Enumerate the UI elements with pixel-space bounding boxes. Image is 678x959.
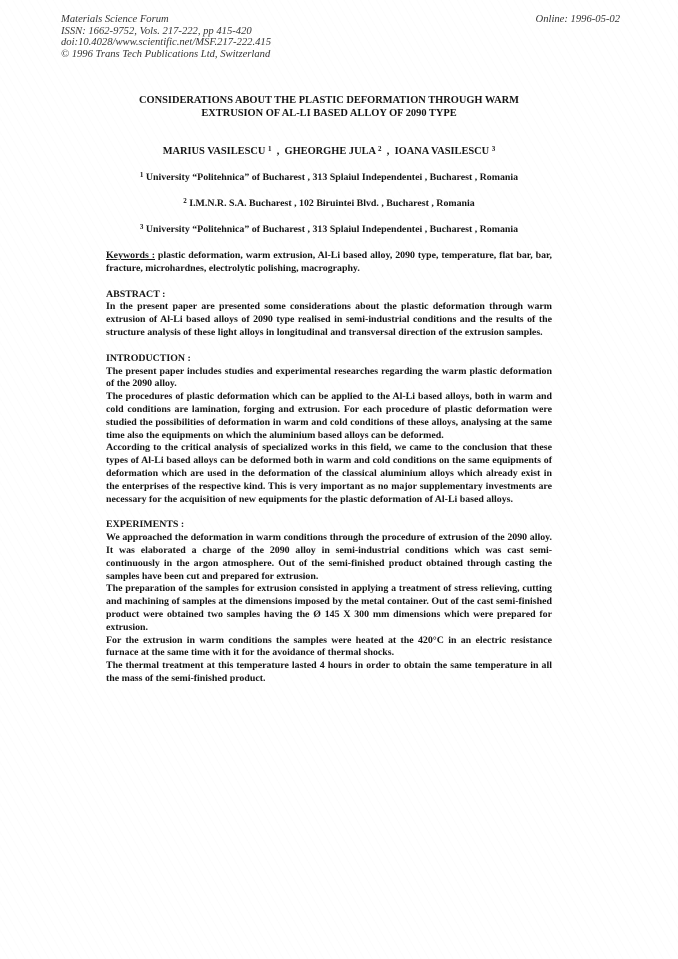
copyright-line: © 1996 Trans Tech Publications Ltd, Swit… bbox=[61, 49, 271, 61]
experiments-paragraph: The thermal treatment at this temperatur… bbox=[106, 660, 552, 686]
title-line-1: CONSIDERATIONS ABOUT THE PLASTIC DEFORMA… bbox=[106, 94, 552, 107]
experiments-paragraph: The preparation of the samples for extru… bbox=[106, 583, 552, 634]
abstract-section: ABSTRACT : In the present paper are pres… bbox=[106, 289, 552, 340]
affiliation-mark: 3 bbox=[140, 223, 144, 231]
author-affiliation-mark: 2 bbox=[378, 145, 382, 153]
experiments-heading: EXPERIMENTS : bbox=[106, 519, 552, 532]
introduction-paragraph: According to the critical analysis of sp… bbox=[106, 442, 552, 506]
author-separator: , bbox=[384, 146, 392, 157]
author-affiliation-mark: 3 bbox=[492, 145, 496, 153]
affiliation-text: University “Politehnica” of Bucharest , … bbox=[146, 224, 518, 235]
introduction-section: INTRODUCTION : The present paper include… bbox=[106, 353, 552, 507]
author-name: GHEORGHE JULA bbox=[285, 146, 376, 157]
keywords-text: plastic deformation, warm extrusion, Al-… bbox=[106, 250, 552, 274]
author-name: MARIUS VASILESCU bbox=[163, 146, 266, 157]
introduction-paragraph: The present paper includes studies and e… bbox=[106, 366, 552, 392]
author-affiliation-mark: 1 bbox=[268, 145, 272, 153]
online-date: Online: 1996-05-02 bbox=[536, 14, 620, 26]
title-line-2: EXTRUSION OF AL-LI BASED ALLOY OF 2090 T… bbox=[106, 107, 552, 120]
introduction-paragraph: The procedures of plastic deformation wh… bbox=[106, 391, 552, 442]
journal-name: Materials Science Forum bbox=[61, 14, 271, 26]
experiments-section: EXPERIMENTS : We approached the deformat… bbox=[106, 519, 552, 685]
affiliation-text: University “Politehnica” of Bucharest , … bbox=[146, 172, 518, 183]
abstract-heading: ABSTRACT : bbox=[106, 289, 552, 302]
affiliation-mark: 1 bbox=[140, 171, 144, 179]
affiliation-2: 2 I.M.N.R. S.A. Bucharest , 102 Biruinte… bbox=[106, 197, 552, 210]
affiliation-1: 1 University “Politehnica” of Bucharest … bbox=[106, 171, 552, 184]
paper-body: CONSIDERATIONS ABOUT THE PLASTIC DEFORMA… bbox=[106, 94, 552, 686]
affiliation-mark: 2 bbox=[183, 197, 187, 205]
affiliation-text: I.M.N.R. S.A. Bucharest , 102 Biruintei … bbox=[189, 198, 474, 209]
affiliation-3: 3 University “Politehnica” of Bucharest … bbox=[106, 223, 552, 236]
author-separator: , bbox=[274, 146, 282, 157]
introduction-heading: INTRODUCTION : bbox=[106, 353, 552, 366]
keywords: Keywords : plastic deformation, warm ext… bbox=[106, 250, 552, 276]
keywords-label: Keywords : bbox=[106, 250, 155, 261]
author-name: IOANA VASILESCU bbox=[395, 146, 490, 157]
issn-line: ISSN: 1662-9752, Vols. 217-222, pp 415-4… bbox=[61, 26, 271, 38]
citation-header: Materials Science Forum ISSN: 1662-9752,… bbox=[61, 14, 271, 60]
author-list: MARIUS VASILESCU 1 , GHEORGHE JULA 2 , I… bbox=[106, 145, 552, 158]
experiments-paragraph: For the extrusion in warm conditions the… bbox=[106, 635, 552, 661]
doi-link[interactable]: doi:10.4028/www.scientific.net/MSF.217-2… bbox=[61, 37, 271, 49]
paper-title: CONSIDERATIONS ABOUT THE PLASTIC DEFORMA… bbox=[106, 94, 552, 120]
experiments-paragraph: We approached the deformation in warm co… bbox=[106, 532, 552, 583]
abstract-paragraph: In the present paper are presented some … bbox=[106, 301, 552, 339]
